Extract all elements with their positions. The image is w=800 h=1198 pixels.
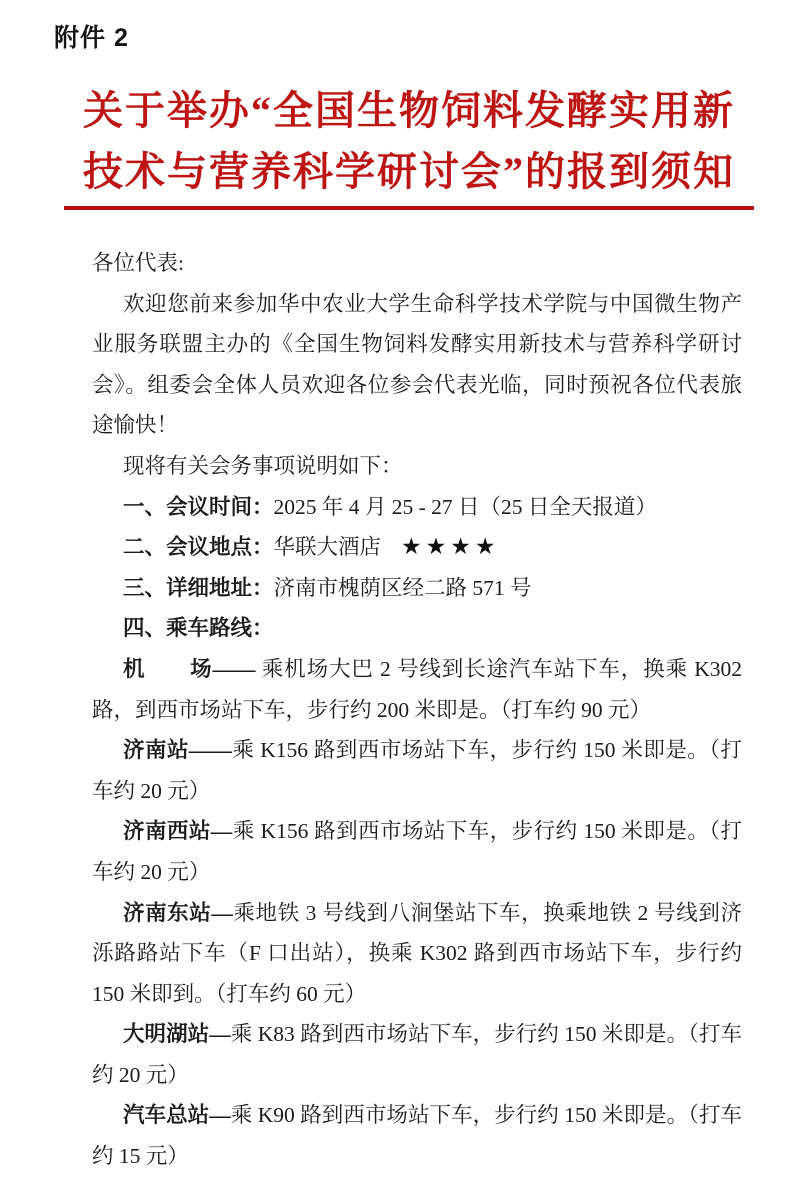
meeting-venue-label: 二、会议地点： <box>123 535 274 559</box>
address-value: 济南市槐荫区经二路 571 号 <box>274 576 532 600</box>
route-jinan-east-label: 济南东站— <box>123 901 233 925</box>
salutation: 各位代表: <box>92 243 742 284</box>
meeting-time-label: 一、会议时间： <box>123 495 274 519</box>
route-jinan-east: 济南东站—乘地铁 3 号线到八涧堡站下车，换乘地铁 2 号线到济泺路路站下车（F… <box>92 893 742 1015</box>
meeting-time-line: 一、会议时间：2025 年 4 月 25 - 27 日（25 日全天报道） <box>92 487 742 528</box>
document-page: 附件 2 关于举办“全国生物饲料发酵实用新 技术与营养科学研讨会”的报到须知 各… <box>0 0 800 1198</box>
title-line-1: 关于举办“全国生物饲料发酵实用新 <box>64 80 754 141</box>
route-airport: 机 场—— 乘机场大巴 2 号线到长途汽车站下车，换乘 K302 路，到西市场站… <box>92 649 742 730</box>
meeting-time-value: 2025 年 4 月 25 - 27 日（25 日全天报道） <box>274 495 657 519</box>
meeting-venue-value: 华联大酒店 <box>274 535 382 559</box>
title-line-2: 技术与营养科学研讨会”的报到须知 <box>64 141 754 202</box>
transport-heading-label: 四、乘车路线： <box>123 616 274 640</box>
meeting-venue-line: 二、会议地点：华联大酒店★★★★ <box>92 527 742 568</box>
route-jinan-station-label: 济南站—— <box>123 738 232 762</box>
title-block: 关于举办“全国生物饲料发酵实用新 技术与营养科学研讨会”的报到须知 <box>64 80 754 210</box>
attachment-label: 附件 2 <box>54 18 129 54</box>
welcome-paragraph: 欢迎您前来参加华中农业大学生命科学技术学院与中国微生物产业服务联盟主办的《全国生… <box>92 284 742 446</box>
intro-line: 现将有关会务事项说明如下： <box>92 446 742 487</box>
route-airport-label: 机 场—— <box>123 657 262 681</box>
route-jinan-west-label: 济南西站— <box>123 819 232 843</box>
route-bus-terminal: 汽车总站—乘 K90 路到西市场站下车，步行约 150 米即是。（打车约 15 … <box>92 1095 742 1176</box>
route-daminghu-label: 大明湖站— <box>123 1022 231 1046</box>
route-jinan-station: 济南站——乘 K156 路到西市场站下车，步行约 150 米即是。（打车约 20… <box>92 730 742 811</box>
route-jinan-west: 济南西站—乘 K156 路到西市场站下车，步行约 150 米即是。（打车约 20… <box>92 811 742 892</box>
document-body: 各位代表: 欢迎您前来参加华中农业大学生命科学技术学院与中国微生物产业服务联盟主… <box>92 243 742 1177</box>
address-line: 三、详细地址：济南市槐荫区经二路 571 号 <box>92 568 742 609</box>
transport-heading: 四、乘车路线： <box>92 608 742 649</box>
route-daminghu: 大明湖站—乘 K83 路到西市场站下车，步行约 150 米即是。（打车约 20 … <box>92 1014 742 1095</box>
hotel-stars-icon: ★★★★ <box>401 534 499 560</box>
route-bus-terminal-label: 汽车总站— <box>123 1103 231 1127</box>
address-label: 三、详细地址： <box>123 576 274 600</box>
